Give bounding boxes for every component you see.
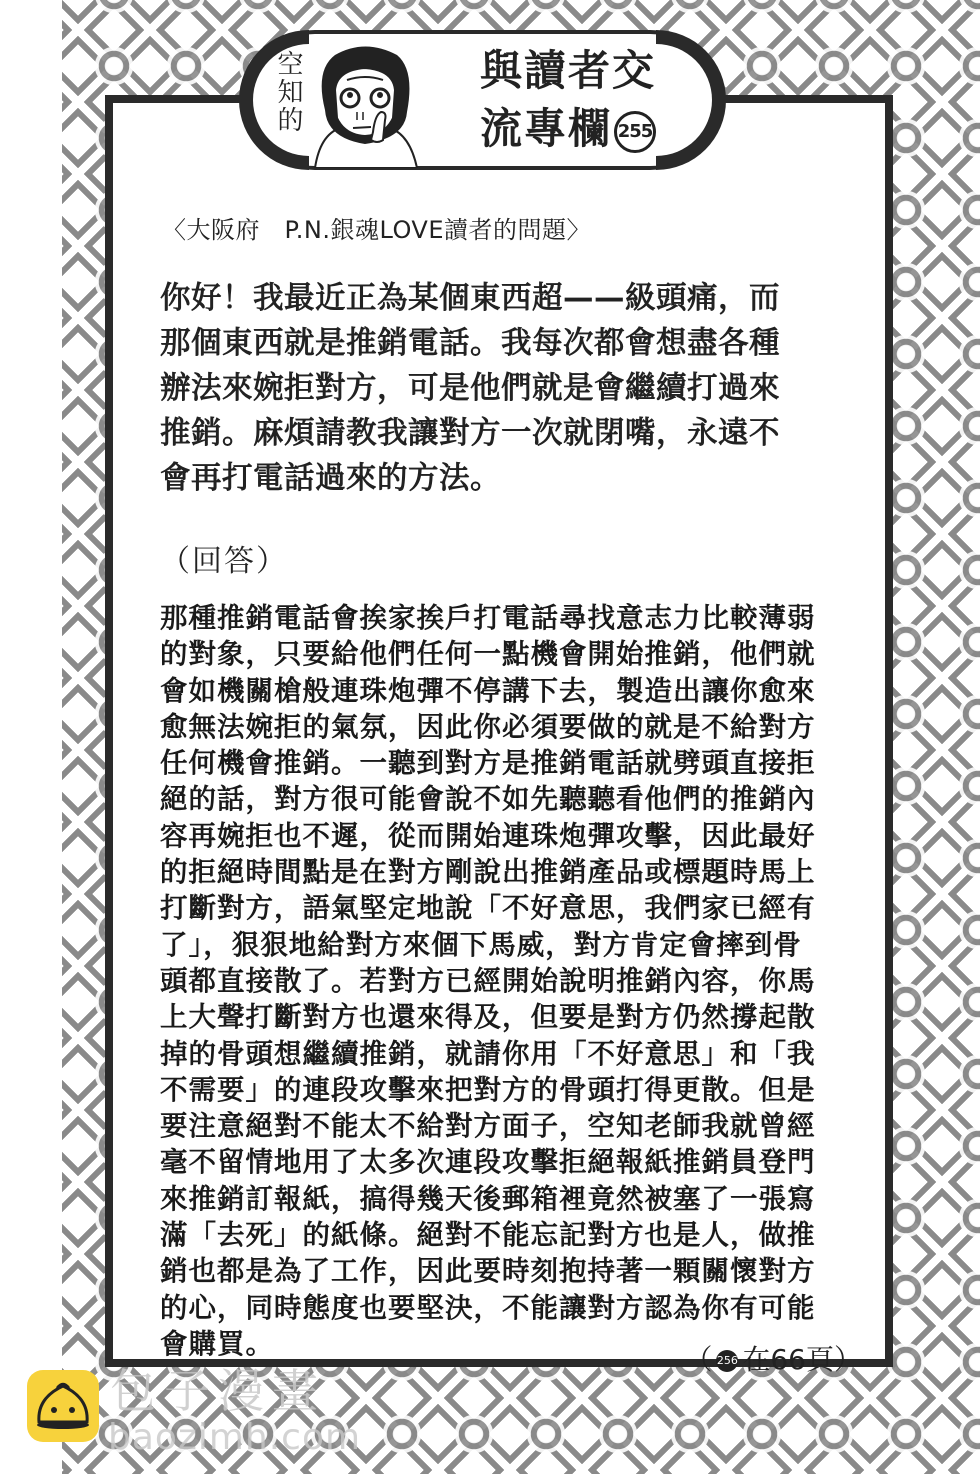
bun-face-icon bbox=[27, 1370, 99, 1442]
answer-line: 的心，同時態度也要堅決，不能讓對方認為你有可能 bbox=[160, 1290, 865, 1326]
steamed-bun-logo-icon bbox=[27, 1370, 99, 1442]
issue-number-badge: 255 bbox=[614, 111, 656, 153]
answer-line: 毫不留情地用了太多次連段攻擊拒絕報紙推銷員登門 bbox=[160, 1144, 865, 1180]
column-title: 與讀者交 流專欄255 bbox=[480, 42, 700, 158]
question-source: 〈大阪府 P.N.銀魂LOVE讀者的問題〉 bbox=[162, 212, 862, 248]
question-line: 會再打電話過來的方法。 bbox=[160, 456, 890, 501]
next-issue-badge: 256 bbox=[716, 1350, 738, 1372]
answer-line: 上大聲打斷對方也還來得及，但要是對方仍然撐起散 bbox=[160, 999, 865, 1035]
answer-line: 的拒絕時間點是在對方剛說出推銷產品或標題時馬上 bbox=[160, 854, 865, 890]
answer-line: 了」，狠狠地給對方來個下馬威，對方肯定會摔到骨 bbox=[160, 927, 865, 963]
question-line: 那個東西就是推銷電話。我每次都會想盡各種 bbox=[160, 321, 890, 366]
question-text: 你好！我最近正為某個東西超——級頭痛，而 那個東西就是推銷電話。我每次都會想盡各… bbox=[160, 276, 890, 501]
answer-line: 會如機關槍般連珠炮彈不停講下去，製造出讓你愈來 bbox=[160, 673, 865, 709]
watermark-name: 包子漫畫 bbox=[110, 1365, 326, 1417]
continuation-note: （256在66頁） bbox=[684, 1342, 862, 1378]
watermark-url: baozimh.com bbox=[108, 1418, 361, 1458]
answer-line: 那種推銷電話會挨家挨戶打電話尋找意志力比較薄弱 bbox=[160, 600, 865, 636]
title-line-1: 與讀者交 bbox=[480, 42, 700, 100]
answer-line: 的對象，只要給他們任何一點機會開始推銷，他們就 bbox=[160, 636, 865, 672]
answer-line: 愈無法婉拒的氣氛，因此你必須要做的就是不給對方 bbox=[160, 709, 865, 745]
title-line-2-text: 流專欄 bbox=[480, 104, 612, 153]
answer-line: 頭都直接散了。若對方已經開始說明推銷內容，你馬 bbox=[160, 963, 865, 999]
continuation-close-paren: ） bbox=[834, 1343, 862, 1376]
header-side-label: 空知的 bbox=[273, 50, 303, 134]
gorilla-portrait-icon bbox=[305, 40, 425, 168]
answer-line: 容再婉拒也不遲，從而開始連珠炮彈攻擊，因此最好 bbox=[160, 818, 865, 854]
continuation-open-paren: （ bbox=[684, 1343, 712, 1376]
answer-line: 不需要」的連段攻擊來把對方的骨頭打得更散。但是 bbox=[160, 1072, 865, 1108]
answer-line: 要注意絕對不能太不給對方面子，空知老師我就曾經 bbox=[160, 1108, 865, 1144]
answer-line: 銷也都是為了工作，因此要時刻抱持著一顆關懷對方 bbox=[160, 1253, 865, 1289]
answer-line: 掉的骨頭想繼續推銷，就請你用「不好意思」和「我 bbox=[160, 1036, 865, 1072]
question-line: 推銷。麻煩請教我讓對方一次就閉嘴，永遠不 bbox=[160, 411, 890, 456]
answer-line: 來推銷訂報紙，搞得幾天後郵箱裡竟然被塞了一張寫 bbox=[160, 1181, 865, 1217]
answer-line: 滿「去死」的紙條。絕對不能忘記對方也是人，做推 bbox=[160, 1217, 865, 1253]
title-line-2: 流專欄255 bbox=[480, 100, 700, 158]
continuation-text: 在66頁 bbox=[742, 1343, 834, 1376]
answer-line: 任何機會推銷。一聽到對方是推銷電話就劈頭直接拒 bbox=[160, 745, 865, 781]
answer-line: 絕的話，對方很可能會說不如先聽聽看他們的推銷內 bbox=[160, 781, 865, 817]
question-line: 辦法來婉拒對方，可是他們就是會繼續打過來 bbox=[160, 366, 890, 411]
answer-heading: （回答） bbox=[160, 540, 360, 584]
answer-text: 那種推銷電話會挨家挨戶打電話尋找意志力比較薄弱 的對象，只要給他們任何一點機會開… bbox=[160, 600, 865, 1362]
question-line: 你好！我最近正為某個東西超——級頭痛，而 bbox=[160, 276, 890, 321]
answer-line: 打斷對方，語氣堅定地說「不好意思，我們家已經有 bbox=[160, 890, 865, 926]
